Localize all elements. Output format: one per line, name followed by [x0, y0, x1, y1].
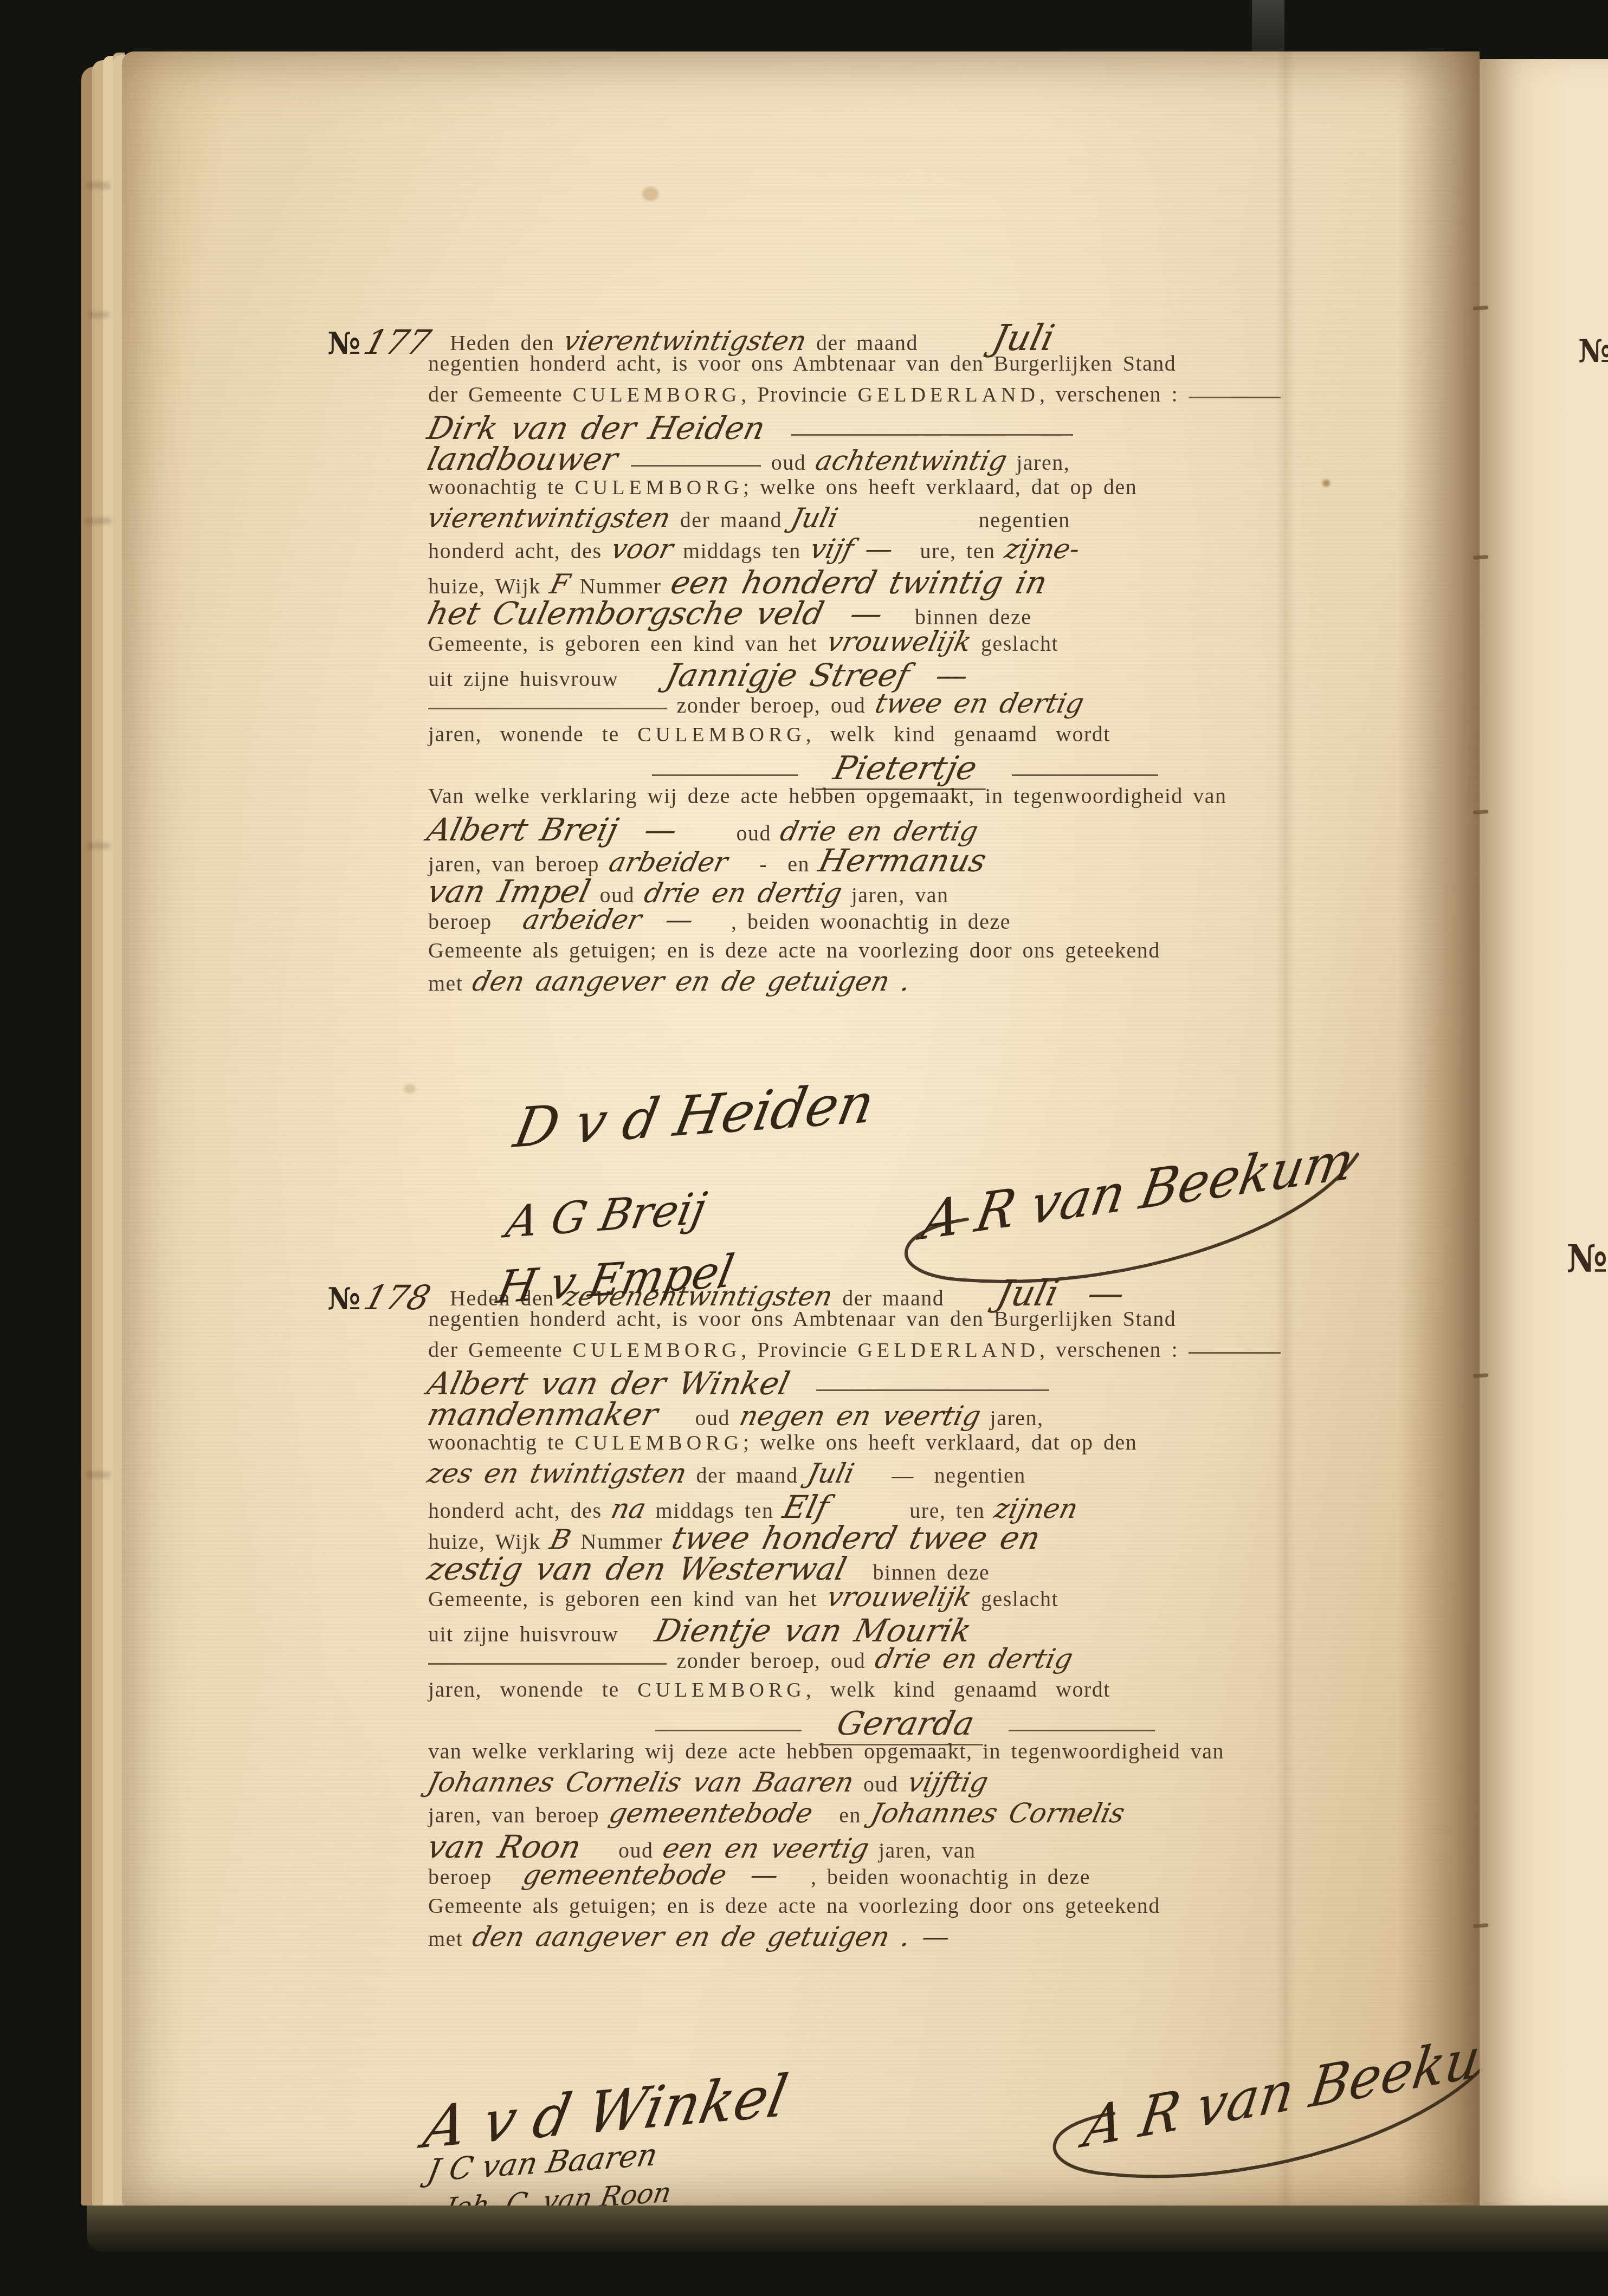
handwritten-text: arbeider —	[520, 904, 697, 935]
printed-text: middags ten	[673, 539, 811, 563]
record-line: Dirk van der Heiden	[428, 410, 1382, 441]
record-line: Heden den vierentwintigsten der maand Ju…	[428, 317, 1382, 348]
printed-text: met	[428, 1926, 473, 1951]
handwritten-text: voor	[608, 533, 676, 565]
book-block-bottom-edge	[87, 2206, 1608, 2252]
printed-text: jaren, wonende te	[428, 722, 637, 746]
printed-text: beroep	[428, 1865, 502, 1889]
handwritten-text: zes en twintigsten	[424, 1458, 689, 1489]
record-number-value: 177	[359, 322, 435, 362]
fill-rule	[1189, 1352, 1281, 1354]
printed-text: en	[839, 1803, 871, 1827]
fill-rule	[791, 434, 1073, 436]
handwritten-text: Johannes Cornelis	[868, 1797, 1128, 1829]
printed-caps: CULEMBORG	[575, 1432, 744, 1454]
record-line: mandenmakeroud negen en veertig jaren,	[428, 1396, 1382, 1427]
handwritten-text: mandenmaker	[424, 1396, 661, 1433]
handwritten-text: den aangever en de getuigen .	[469, 966, 914, 997]
record-line: Albert Breij —oud drie en dertig	[428, 811, 1382, 842]
record-line: zonder beroep, oud drie en dertig	[428, 1643, 1382, 1674]
handwritten-text: zijne-	[1002, 533, 1083, 565]
record-line: zes en twintigsten der maand Juli— negen…	[428, 1458, 1382, 1489]
showthrough-smudge	[86, 1471, 111, 1479]
printed-text: met	[428, 971, 473, 995]
record-line: vierentwintigsten der maand Julinegentie…	[428, 502, 1382, 533]
printed-text: — negentien	[892, 1463, 1026, 1487]
record-line: uit zijne huisvrouw Jannigje Streef —	[428, 657, 1382, 688]
record-number: №178	[310, 1268, 429, 1327]
handwritten-text: zestig van den Westerwal	[424, 1550, 850, 1587]
handwritten-text: twee en dertig	[872, 688, 1087, 719]
gutter-fold-shadow	[1398, 51, 1480, 2206]
printed-caps: CULEMBORG	[573, 384, 741, 406]
signature-text: A R van Beekum	[1080, 2016, 1535, 2161]
facing-page-sliver: № №	[1480, 59, 1608, 2206]
handwritten-text: Albert Breij —	[424, 811, 681, 848]
foxing-spot	[642, 187, 658, 201]
record-line: van Roonoud een en veertig jaren, van	[428, 1828, 1382, 1859]
showthrough-smudge	[85, 517, 112, 525]
printed-caps: CULEMBORG	[637, 723, 806, 746]
fill-rule	[655, 1730, 802, 1731]
record-line: met den aangever en de getuigen .	[428, 966, 1382, 997]
record-line: der Gemeente CULEMBORG, Provincie GELDER…	[428, 379, 1382, 410]
record-line: met den aangever en de getuigen . —	[428, 1921, 1382, 1952]
record-line: uit zijne huisvrouw Dientje van Mourik	[428, 1612, 1382, 1643]
fill-rule	[816, 1389, 1049, 1391]
signature-text: A R van Beekum	[918, 1129, 1359, 1252]
record-line: jaren, wonende te CULEMBORG, welk kind g…	[428, 719, 1382, 749]
printed-text: , welk kind genaamd wordt	[806, 1677, 1110, 1702]
child-name-handwritten: Pietertje	[816, 749, 995, 790]
printed-text: woonachtig te	[428, 475, 575, 499]
handwritten-text: Hermanus	[816, 842, 990, 879]
scanned-register-photo: { "palette":{"background":"#131310","pap…	[0, 0, 1608, 2296]
printed-text: , Provincie	[741, 1337, 857, 1362]
record-line: beroep arbeider —, beiden woonachtig in …	[428, 904, 1382, 935]
printed-text: Gemeente als getuigen; en is deze acte n…	[428, 938, 1160, 962]
fill-rule	[1189, 397, 1281, 398]
fill-rule	[1009, 1730, 1155, 1731]
handwritten-text: vijftig	[905, 1767, 991, 1798]
printed-text: Gemeente, is geboren een kind van het	[428, 631, 828, 656]
showthrough-smudge	[87, 843, 111, 849]
record-number-value: 178	[359, 1278, 435, 1317]
record-line: Gemeente als getuigen; en is deze acte n…	[428, 935, 1382, 966]
printed-text: ure, ten	[920, 539, 1005, 563]
record-line: huize, Wijk F Nummer een honderd twintig…	[428, 564, 1382, 595]
handwritten-text: Juli	[789, 502, 842, 534]
handwritten-text: vrouwelijk	[824, 626, 974, 657]
printed-text: oud	[854, 1772, 909, 1796]
printed-text: woonachtig te	[428, 1430, 575, 1454]
printed-text: ; welke ons heeft verklaard, dat op den	[743, 1430, 1137, 1454]
fill-rule	[428, 708, 667, 709]
fill-rule	[428, 1663, 667, 1665]
printed-text: , Provincie	[741, 382, 857, 406]
handwritten-text: vierentwintigsten	[560, 325, 810, 357]
printed-caps: CULEMBORG	[637, 1679, 806, 1702]
facing-page-record-mark: №	[1578, 333, 1608, 371]
record-line: jaren, wonende te CULEMBORG, welk kind g…	[428, 1674, 1382, 1705]
printed-text: Gemeente, is geboren een kind van het	[428, 1587, 828, 1611]
printed-text: beroep	[428, 909, 502, 934]
record-line: zonder beroep, oud twee en dertig	[428, 688, 1382, 719]
fill-rule	[652, 774, 798, 776]
printed-text: zonder beroep, oud	[667, 693, 876, 717]
numero-symbol: №	[327, 326, 361, 361]
showthrough-smudge	[86, 181, 111, 190]
printed-text: zonder beroep, oud	[667, 1648, 876, 1673]
handwritten-text: negen en veertig	[737, 1400, 984, 1432]
printed-text: , welk kind genaamd wordt	[806, 722, 1110, 746]
handwritten-text: Juli	[804, 1458, 857, 1489]
record-line: honderd acht, des na middags ten Elfure,…	[428, 1489, 1382, 1519]
printed-text: der maand	[670, 508, 792, 532]
record-line: Gemeente als getuigen; en is deze acte n…	[428, 1890, 1382, 1921]
open-register-book: №177 Heden den vierentwintigsten der maa…	[81, 51, 1608, 2206]
record-line: Pietertje	[428, 749, 1382, 780]
handwritten-text: achtentwintig	[812, 445, 1010, 476]
handwritten-text: vijf —	[808, 533, 897, 565]
facing-page-record-mark: №	[1566, 1236, 1608, 1279]
registrar-signature: A R van Beekum	[843, 1100, 1355, 1341]
handwritten-text: vrouwelijk	[824, 1581, 974, 1613]
fill-rule	[1012, 774, 1158, 776]
birth-record-178: №178 Heden den zevenentwintigsten der ma…	[428, 1272, 1382, 1952]
record-line: landbouwer oud achtentwintig jaren,	[428, 441, 1382, 471]
record-body-text: Heden den zevenentwintigsten der maand J…	[428, 1272, 1382, 1952]
handwritten-text: arbeider	[606, 846, 731, 878]
printed-text: jaren, van beroep	[428, 1803, 610, 1827]
numero-symbol: №	[327, 1281, 361, 1317]
printed-caps: GELDERLAND	[858, 384, 1039, 406]
record-line: Johannes Cornelis van Baaren oud vijftig	[428, 1767, 1382, 1797]
printed-text: , beiden woonachtig in deze	[731, 909, 1011, 934]
printed-text: , beiden woonachtig in deze	[811, 1865, 1090, 1889]
record-line: honderd acht, des voor middags ten vijf …	[428, 533, 1382, 564]
handwritten-text: het Culemborgsche veld —	[424, 595, 887, 632]
handwritten-text: Johannes Cornelis van Baaren	[424, 1767, 857, 1798]
printed-text: geslacht	[971, 1587, 1059, 1611]
child-name-handwritten: Gerarda	[818, 1705, 992, 1745]
handwritten-text: landbouwer	[424, 441, 635, 477]
handwritten-text: den aangever en de getuigen . —	[469, 1921, 953, 1952]
record-line: jaren, van beroep gemeentebodeen Johanne…	[428, 1797, 1382, 1828]
printed-text: honderd acht, des	[428, 539, 612, 563]
register-left-page: №177 Heden den vierentwintigsten der maa…	[122, 51, 1480, 2206]
handwritten-text: Juli	[989, 317, 1058, 359]
handwritten-text: drie en dertig	[872, 1643, 1076, 1674]
printed-caps: CULEMBORG	[575, 476, 744, 499]
printed-text: geslacht	[971, 631, 1059, 656]
printed-text: Gemeente als getuigen; en is deze acte n…	[428, 1893, 1160, 1918]
handwritten-text: vierentwintigsten	[424, 502, 674, 534]
printed-text: , verschenen :	[1039, 382, 1189, 406]
printed-text: der maand	[686, 1463, 808, 1487]
record-line: Albert van der Winkel	[428, 1365, 1382, 1396]
printed-caps: GELDERLAND	[858, 1339, 1039, 1362]
foxing-spot	[404, 1084, 416, 1094]
witness2-signature: H v Empel	[431, 1203, 733, 1356]
record-number: №177	[310, 313, 429, 372]
printed-text: jaren, wonende te	[428, 1677, 637, 1702]
printed-text: negentien	[979, 508, 1070, 532]
printed-text: der Gemeente	[428, 382, 573, 406]
signature-text: H v Empel	[493, 1245, 738, 1314]
birth-record-177: №177 Heden den vierentwintigsten der maa…	[428, 317, 1382, 997]
printed-text: ; welke ons heeft verklaard, dat op den	[743, 475, 1137, 499]
record-line: huize, Wijk B Nummer twee honderd twee e…	[428, 1519, 1382, 1550]
showthrough-smudge	[88, 312, 109, 318]
handwritten-text: gemeentebode —	[520, 1859, 782, 1891]
record-body-text: Heden den vierentwintigsten der maand Ju…	[428, 317, 1382, 997]
book-spine	[1252, 0, 1284, 51]
handwritten-text: gemeentebode	[606, 1797, 816, 1829]
record-line: Gerarda	[428, 1705, 1382, 1736]
record-line: beroep gemeentebode —, beiden woonachtig…	[428, 1859, 1382, 1890]
fill-rule	[631, 465, 761, 467]
